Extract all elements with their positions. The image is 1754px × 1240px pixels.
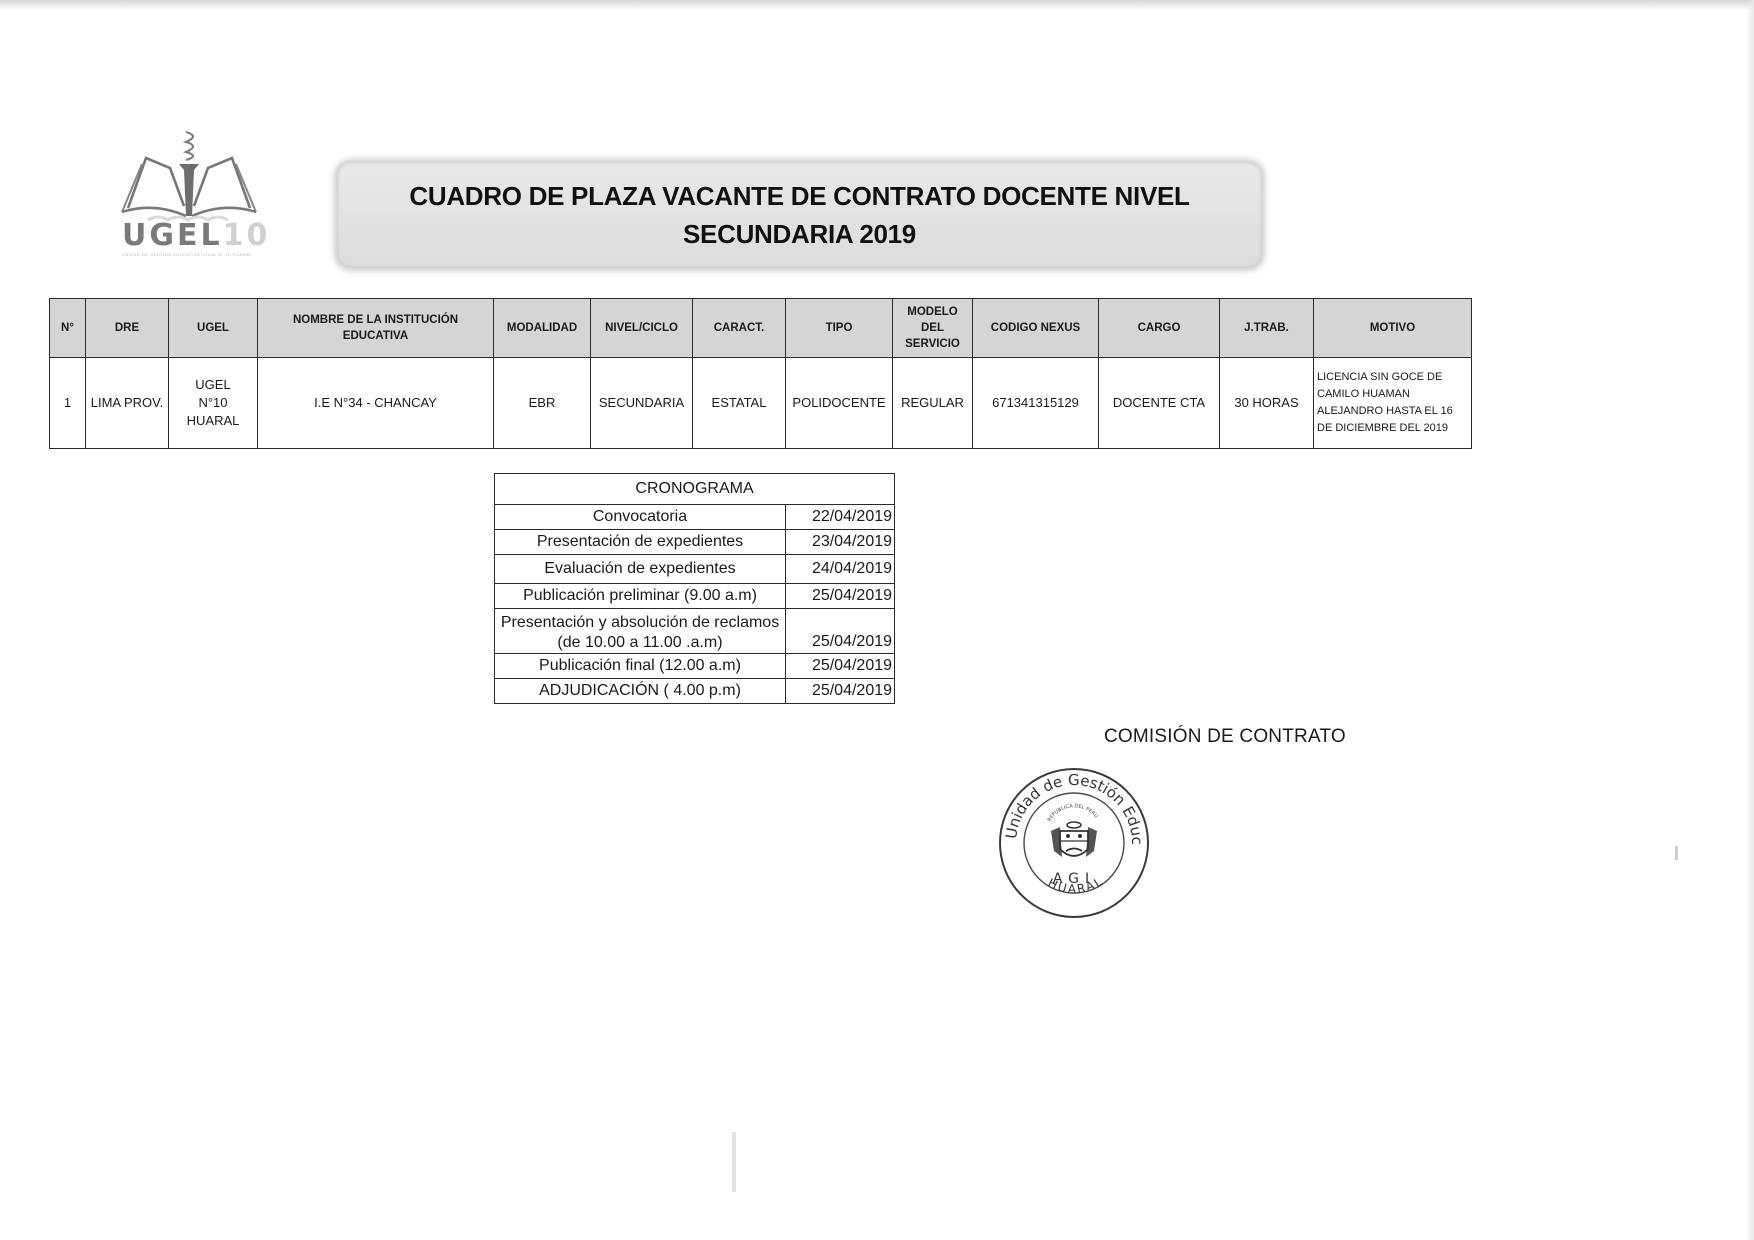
scan-edge-shadow-right	[1746, 0, 1754, 1240]
schedule-row: Evaluación de expedientes 24/04/2019	[495, 555, 895, 584]
scan-speck	[732, 1132, 736, 1192]
ugel-logo: UGEL10 UNIDAD DE GESTIÓN EDUCATIVA LOCAL…	[118, 128, 268, 258]
document-title-line-2: SECUNDARIA 2019	[683, 215, 916, 253]
book-torch-icon	[118, 128, 268, 223]
vacancy-table: N° DRE UGEL NOMBRE DE LA INSTITUCIÓN EDU…	[49, 298, 1472, 449]
schedule-date: 25/04/2019	[786, 584, 895, 609]
schedule-table: CRONOGRAMA Convocatoria 22/04/2019 Prese…	[494, 473, 895, 704]
header-jornada: J.TRAB.	[1220, 299, 1314, 358]
schedule-activity: Presentación y absolución de reclamos (d…	[495, 609, 786, 654]
cell-codigo-nexus: 671341315129	[973, 358, 1099, 449]
cell-n: 1	[50, 358, 86, 449]
schedule-activity: ADJUDICACIÓN ( 4.00 p.m)	[495, 679, 786, 704]
cell-cargo: DOCENTE CTA	[1099, 358, 1220, 449]
schedule-activity: Evaluación de expedientes	[495, 555, 786, 584]
header-modelo-servicio: MODELO DEL SERVICIO	[893, 299, 973, 358]
logo-subtitle: UNIDAD DE GESTIÓN EDUCATIVA LOCAL N° 10 …	[122, 252, 252, 257]
header-caract: CARACT.	[693, 299, 786, 358]
cell-modelo-servicio: REGULAR	[893, 358, 973, 449]
header-codigo-nexus: CODIGO NEXUS	[973, 299, 1099, 358]
cell-ugel: UGEL N°10 HUARAL	[169, 358, 258, 449]
schedule-date: 24/04/2019	[786, 555, 895, 584]
cell-tipo: POLIDOCENTE	[786, 358, 893, 449]
logo-number: 10	[223, 218, 271, 253]
document-title-box: CUADRO DE PLAZA VACANTE DE CONTRATO DOCE…	[337, 162, 1262, 268]
cell-nivel-ciclo: SECUNDARIA	[591, 358, 693, 449]
cell-motivo: LICENCIA SIN GOCE DE CAMILO HUAMAN ALEJA…	[1314, 358, 1472, 449]
official-seal-icon: Unidad de Gestión Educativa Local N° 10 …	[996, 765, 1152, 921]
schedule-date: 25/04/2019	[786, 654, 895, 679]
cell-dre: LIMA PROV.	[86, 358, 169, 449]
scan-edge-shadow	[0, 0, 1754, 10]
schedule-row: Publicación preliminar (9.00 a.m) 25/04/…	[495, 584, 895, 609]
cell-institucion: I.E N°34 - CHANCAY	[258, 358, 494, 449]
scan-speck	[1675, 846, 1678, 860]
header-nivel-ciclo: NIVEL/CICLO	[591, 299, 693, 358]
schedule-title-row: CRONOGRAMA	[495, 474, 895, 505]
vacancy-table-header-row: N° DRE UGEL NOMBRE DE LA INSTITUCIÓN EDU…	[50, 299, 1472, 358]
schedule-row: Presentación de expedientes 23/04/2019	[495, 530, 895, 555]
cell-caract: ESTATAL	[693, 358, 786, 449]
header-n: N°	[50, 299, 86, 358]
header-motivo: MOTIVO	[1314, 299, 1472, 358]
logo-wordmark: UGEL10	[122, 218, 270, 253]
schedule-date: 25/04/2019	[786, 679, 895, 704]
seal-center-text: AGI	[1053, 871, 1095, 887]
seal-inner-text: REPUBLICA DEL PERU	[1047, 803, 1099, 823]
cell-jornada: 30 HORAS	[1220, 358, 1314, 449]
logo-brand: UGEL	[122, 218, 223, 253]
svg-text:REPUBLICA DEL PERU: REPUBLICA DEL PERU	[1047, 803, 1099, 823]
header-tipo: TIPO	[786, 299, 893, 358]
header-cargo: CARGO	[1099, 299, 1220, 358]
schedule-date: 22/04/2019	[786, 505, 895, 530]
header-institucion: NOMBRE DE LA INSTITUCIÓN EDUCATIVA	[258, 299, 494, 358]
schedule-activity: Convocatoria	[495, 505, 786, 530]
schedule-date: 23/04/2019	[786, 530, 895, 555]
schedule-row: Publicación final (12.00 a.m) 25/04/2019	[495, 654, 895, 679]
header-dre: DRE	[86, 299, 169, 358]
schedule-activity: Publicación final (12.00 a.m)	[495, 654, 786, 679]
schedule-title: CRONOGRAMA	[495, 474, 895, 505]
schedule-activity: Publicación preliminar (9.00 a.m)	[495, 584, 786, 609]
schedule-activity: Presentación de expedientes	[495, 530, 786, 555]
schedule-date: 25/04/2019	[786, 609, 895, 654]
commission-label: COMISIÓN DE CONTRATO	[1104, 726, 1346, 748]
header-modalidad: MODALIDAD	[494, 299, 591, 358]
cell-modalidad: EBR	[494, 358, 591, 449]
schedule-row: Presentación y absolución de reclamos (d…	[495, 609, 895, 654]
schedule-row: ADJUDICACIÓN ( 4.00 p.m) 25/04/2019	[495, 679, 895, 704]
coat-of-arms-icon	[1051, 822, 1097, 857]
header-ugel: UGEL	[169, 299, 258, 358]
schedule-row: Convocatoria 22/04/2019	[495, 505, 895, 530]
document-title-line-1: CUADRO DE PLAZA VACANTE DE CONTRATO DOCE…	[409, 177, 1189, 215]
table-row: 1 LIMA PROV. UGEL N°10 HUARAL I.E N°34 -…	[50, 358, 1472, 449]
